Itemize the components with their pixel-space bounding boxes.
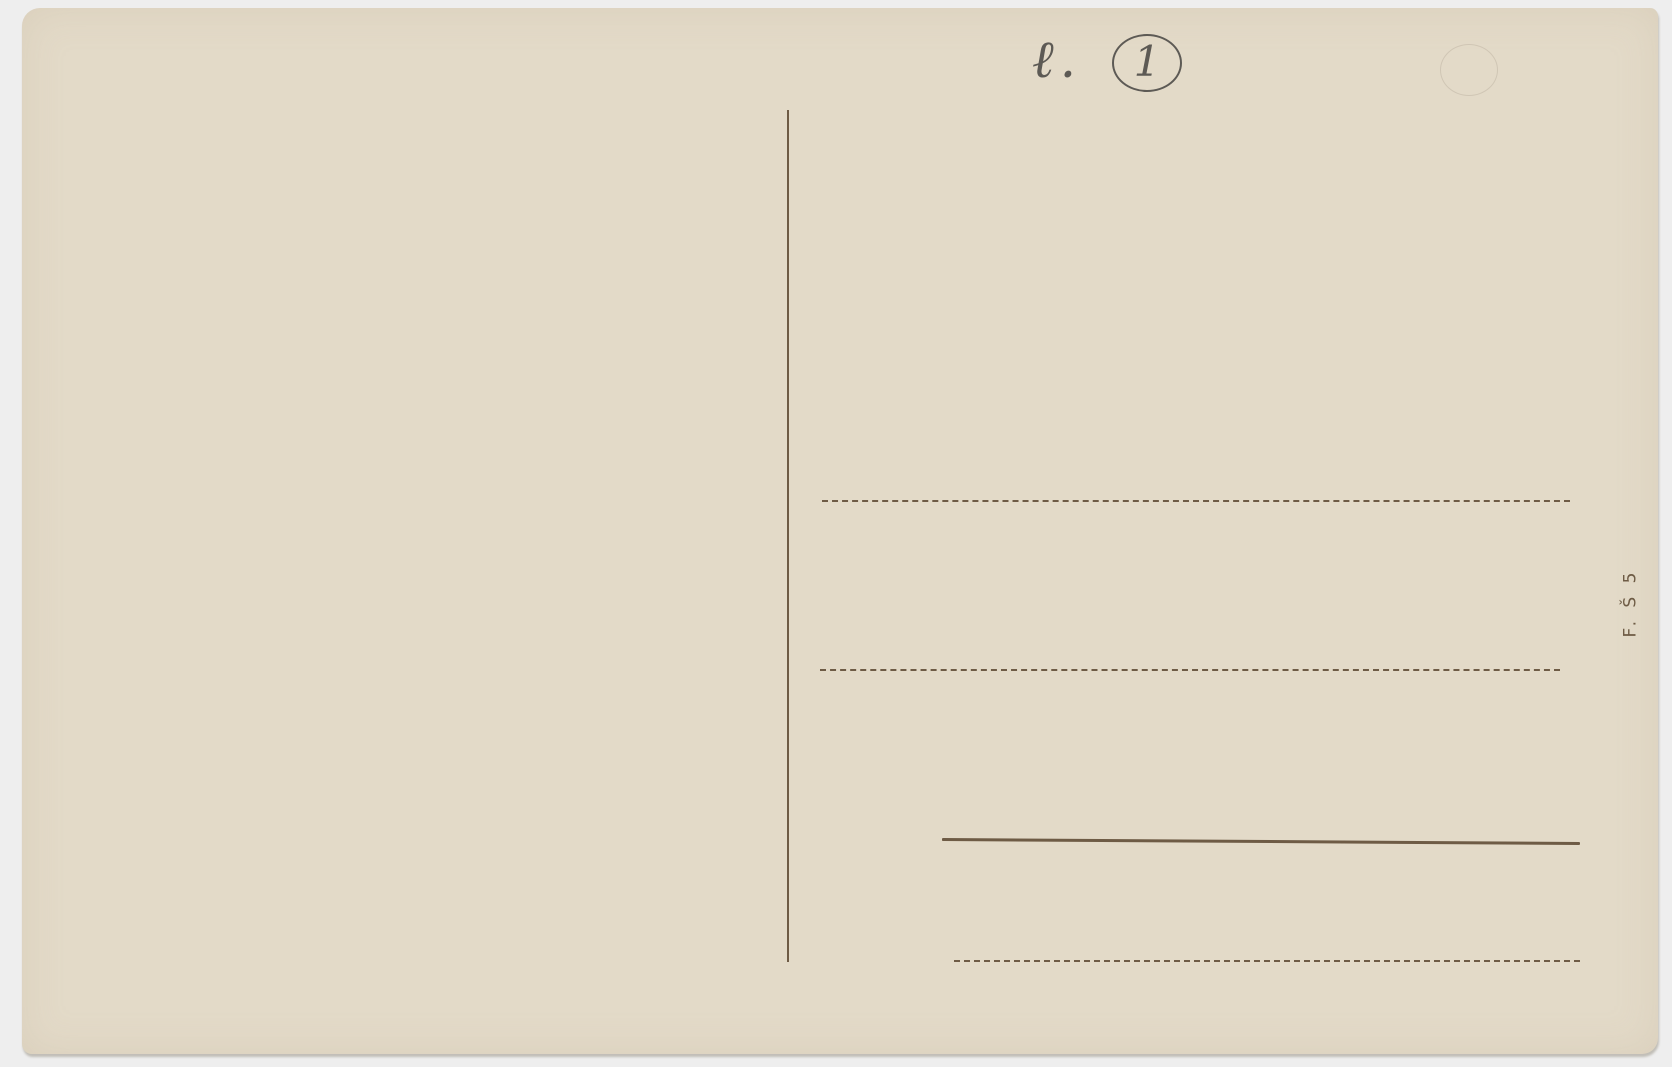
address-line-3-solid xyxy=(942,838,1580,845)
center-divider-line xyxy=(787,110,789,962)
address-line-2 xyxy=(820,669,1560,671)
stamp-smudge xyxy=(1440,44,1498,96)
address-line-1 xyxy=(822,500,1570,502)
circled-number: 1 xyxy=(1112,34,1182,92)
address-line-4 xyxy=(954,960,1580,962)
postcard-back: ℓ. 1 F. Š 5 xyxy=(22,8,1658,1054)
printer-code: F. Š 5 xyxy=(1620,569,1640,638)
handwritten-mark: ℓ. xyxy=(1032,30,1082,90)
